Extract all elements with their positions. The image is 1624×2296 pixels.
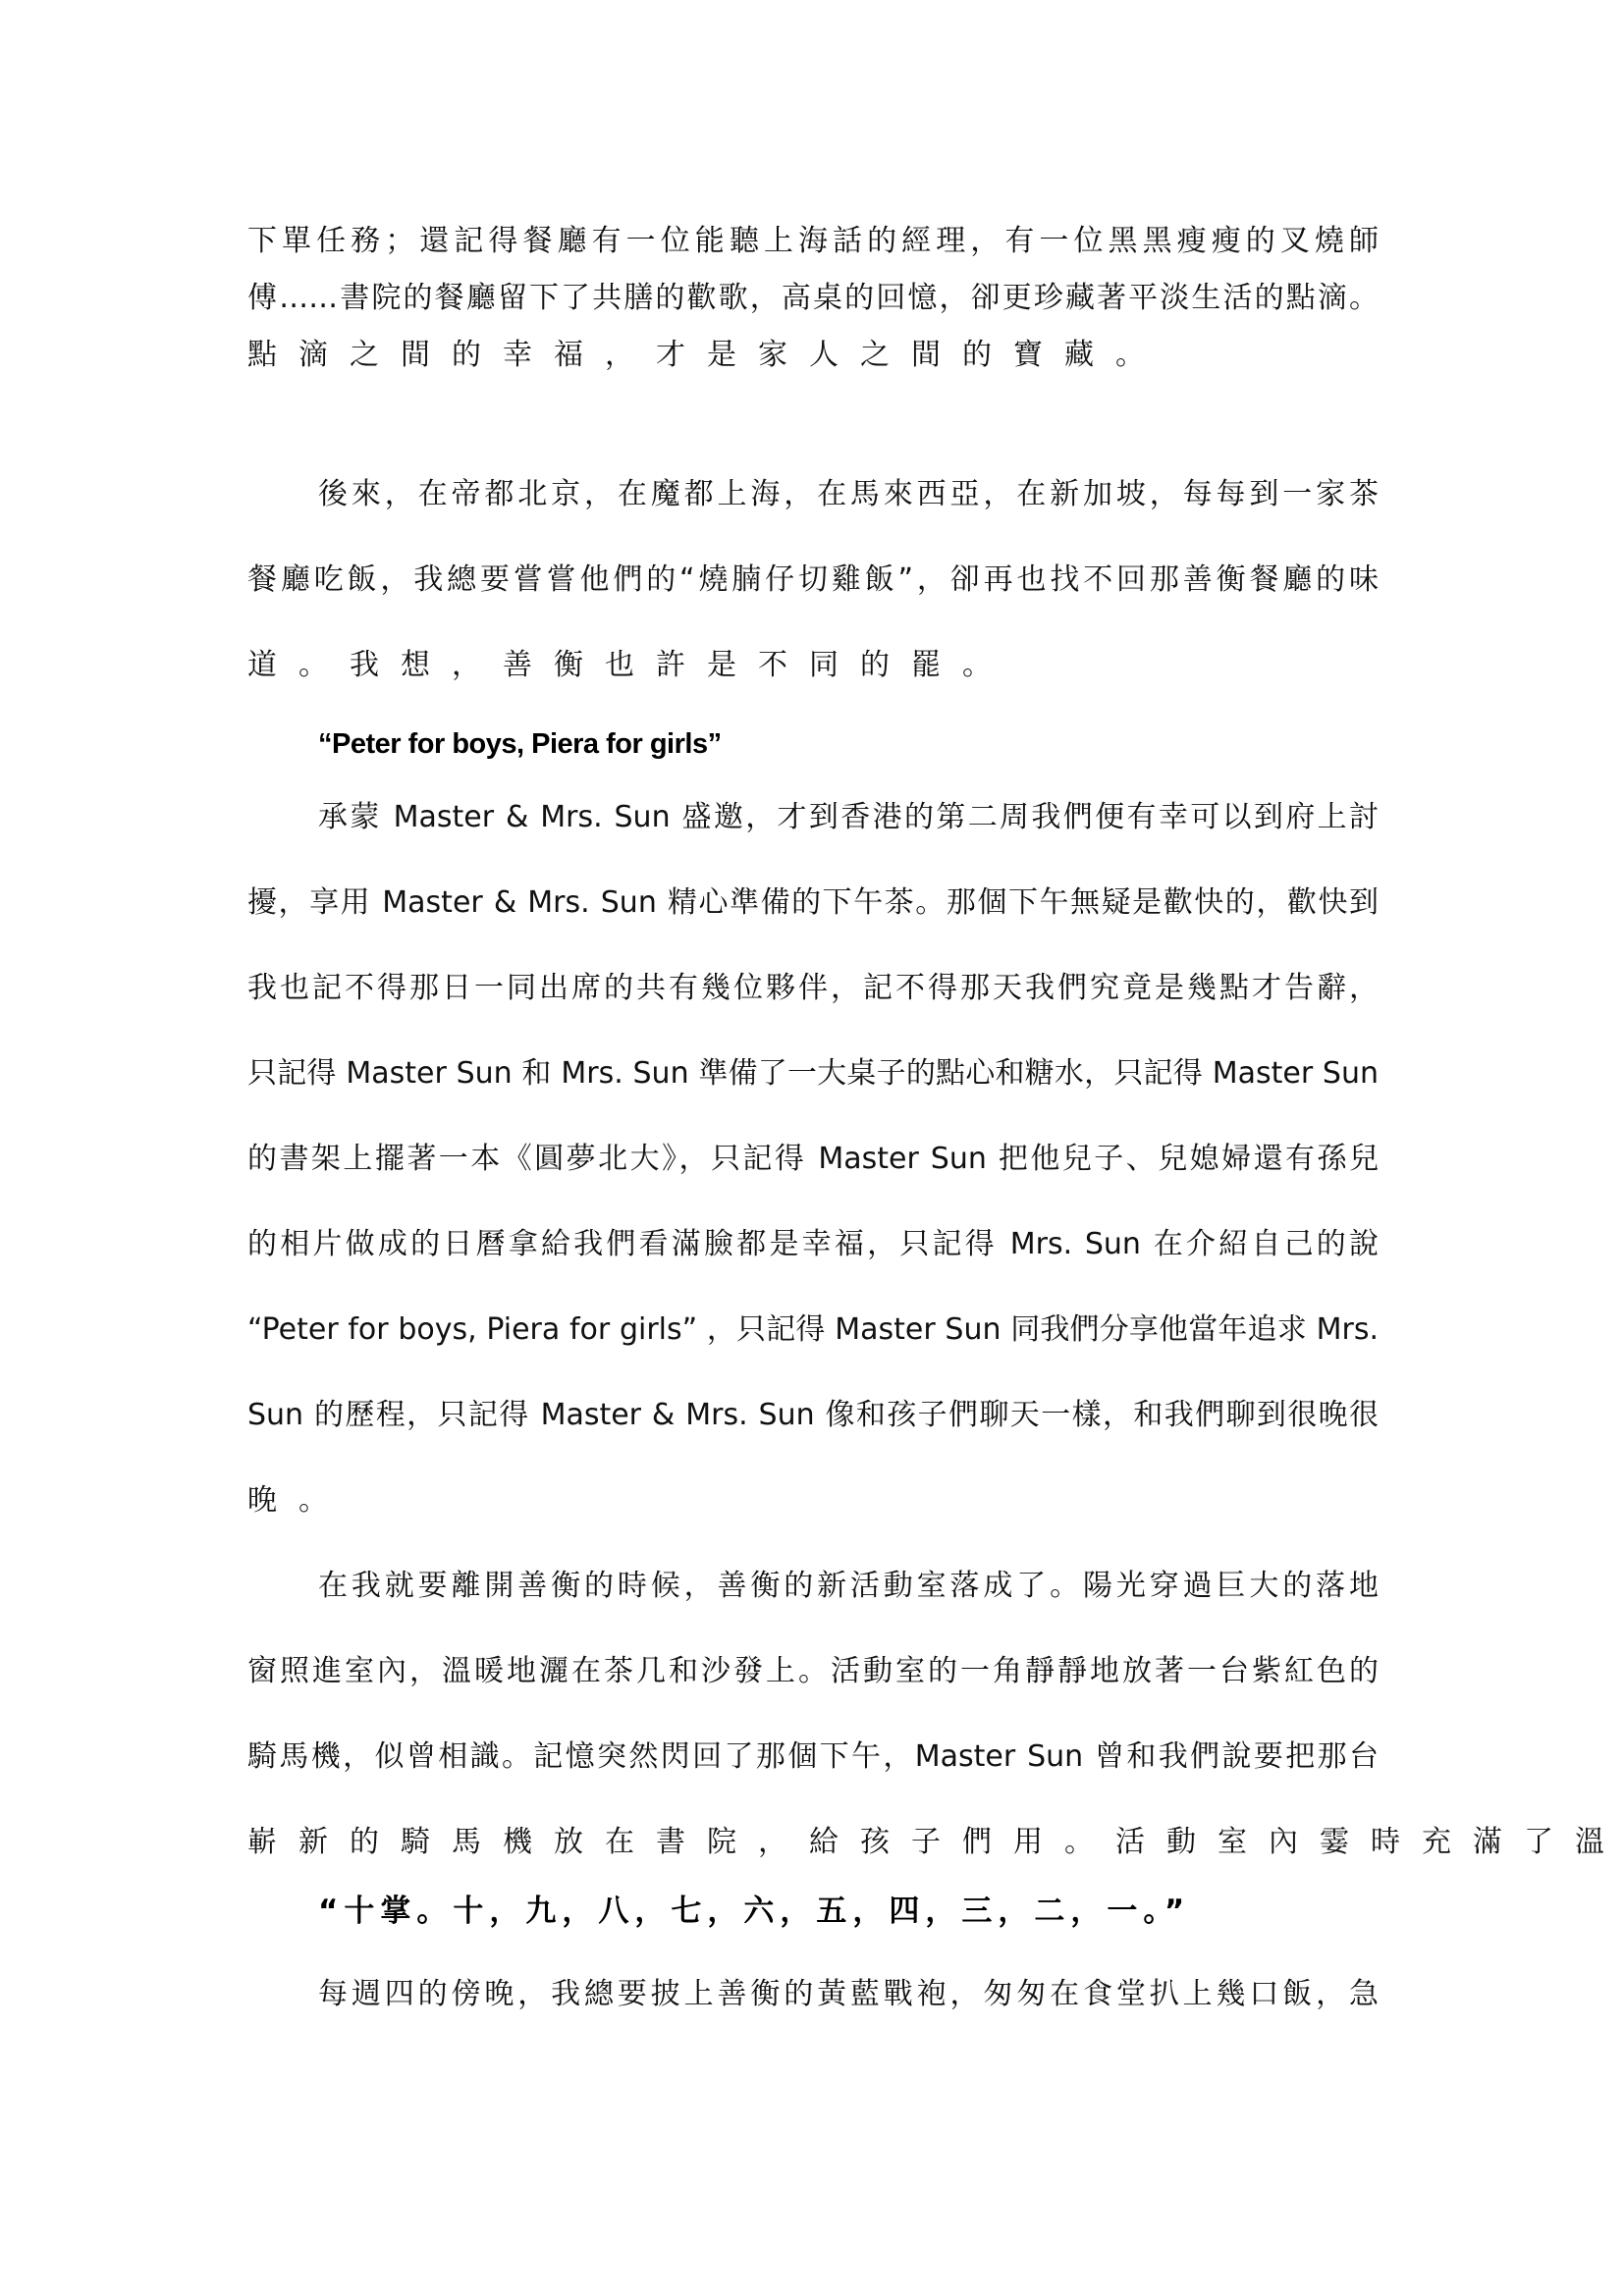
paragraph-3-line-3: 我也記不得那日一同出席的共有幾位夥伴，記不得那天我們究竟是幾點才告辭， <box>247 969 1379 1008</box>
paragraph-3-line-4: 只記得 Master Sun 和 Mrs. Sun 準備了一大桌子的點心和糖水，… <box>247 1054 1379 1094</box>
paragraph-3-line-5: 的書架上擺著一本《圓夢北大》，只記得 Master Sun 把他兒子、兒媳婦還有… <box>247 1140 1379 1179</box>
paragraph-3-line-8: Sun 的歷程，只記得 Master & Mrs. Sun 像和孩子們聊天一樣，… <box>247 1396 1379 1435</box>
section-heading-peter-for-boys: “Peter for boys, Piera for girls” <box>318 724 722 764</box>
paragraph-1-line-1: 下單任務；還記得餐廳有一位能聽上海話的經理，有一位黑黑瘦瘦的叉燒師 <box>247 222 1379 261</box>
paragraph-4-line-3: 騎馬機，似曾相識。記憶突然閃回了那個下午，Master Sun 曾和我們說要把那… <box>247 1737 1379 1777</box>
paragraph-3-line-2: 擾，享用 Master & Mrs. Sun 精心準備的下午茶。那個下午無疑是歡… <box>247 883 1379 923</box>
paragraph-3-line-1: 承蒙 Master & Mrs. Sun 盛邀，才到香港的第二周我們便有幸可以到… <box>318 798 1379 837</box>
paragraph-5-line-1: 每週四的傍晚，我總要披上善衡的黃藍戰袍，匆匆在食堂扒上幾口飯，急 <box>318 1975 1379 2014</box>
paragraph-4-line-4: 嶄新的騎馬機放在書院，給孩子們用。活動室內霎時充滿了溫暖。 <box>247 1823 1379 1862</box>
paragraph-2-line-3: 道。我想，善衡也許是不同的罷。 <box>247 646 1379 685</box>
section-heading-countdown: “十掌。十，九，八，七，六，五，四，三，二，一。” <box>318 1892 1300 1931</box>
paragraph-4-line-2: 窗照進室內，溫暖地灑在茶几和沙發上。活動室的一角靜靜地放著一台紫紅色的 <box>247 1652 1379 1691</box>
paragraph-2-line-1: 後來，在帝都北京，在魔都上海，在馬來西亞，在新加坡，每每到一家茶 <box>318 475 1379 514</box>
paragraph-3-line-7: “Peter for boys, Piera for girls” ，只記得 M… <box>247 1310 1379 1350</box>
paragraph-1-line-3: 點滴之間的幸福，才是家人之間的寶藏。 <box>247 336 1379 375</box>
paragraph-2-line-2: 餐廳吃飯，我總要嘗嘗他們的“燒腩仔切雞飯”，卻再也找不回那善衡餐廳的味 <box>247 561 1379 600</box>
paragraph-4-line-1: 在我就要離開善衡的時候，善衡的新活動室落成了。陽光穿過巨大的落地 <box>318 1567 1379 1606</box>
document-page: 下單任務；還記得餐廳有一位能聽上海話的經理，有一位黑黑瘦瘦的叉燒師 傅……書院的… <box>0 0 1624 2296</box>
paragraph-3-line-6: 的相片做成的日曆拿給我們看滿臉都是幸福，只記得 Mrs. Sun 在介紹自己的說 <box>247 1225 1379 1264</box>
paragraph-3-line-9: 晚。 <box>247 1481 1379 1521</box>
paragraph-1-line-2: 傅……書院的餐廳留下了共膳的歡歌，高桌的回憶，卻更珍藏著平淡生活的點滴。 <box>247 279 1379 318</box>
